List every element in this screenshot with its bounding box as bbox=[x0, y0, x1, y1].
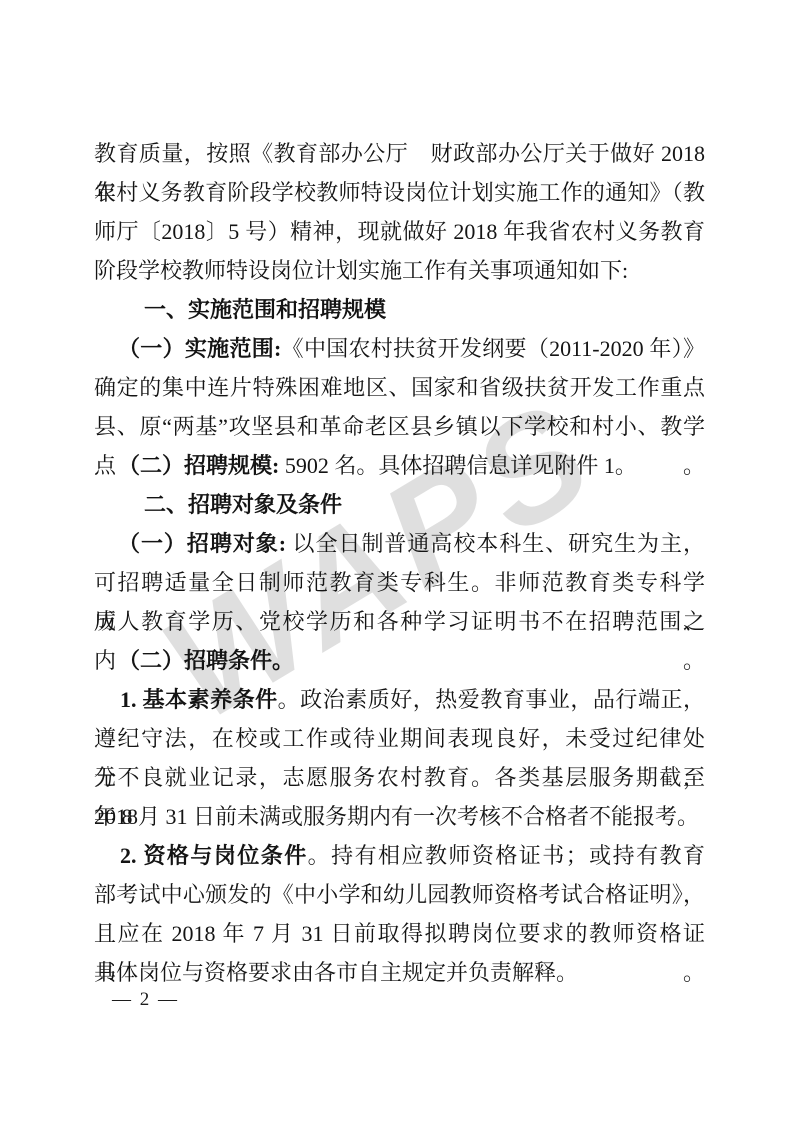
document-body: 教育质量，按照《教育部办公厅 财政部办公厅关于做好 2018 年农村义务教育阶段… bbox=[94, 134, 705, 992]
emphasis-text: （一）招聘对象: bbox=[118, 531, 286, 556]
body-text: 以全日制普通高校本科生、研究生为主， bbox=[286, 531, 705, 556]
text-line: 且应在 2018 年 7 月 31 日前取得拟聘岗位要求的教师资格证书。 bbox=[94, 914, 705, 953]
emphasis-text: （二）招聘规模: bbox=[118, 453, 279, 478]
emphasis-text: 一、实施范围和招聘规模 bbox=[144, 297, 386, 322]
text-line: 教育质量，按照《教育部办公厅 财政部办公厅关于做好 2018 年 bbox=[94, 134, 705, 173]
text-line: 确定的集中连片特殊困难地区、国家和省级扶贫开发工作重点 bbox=[94, 368, 705, 407]
body-text: 5902 名。具体招聘信息详见附件 1。 bbox=[279, 453, 637, 478]
text-line: 2. 资格与岗位条件。持有相应教师资格证书；或持有教育 bbox=[94, 836, 705, 875]
body-text: 确定的集中连片特殊困难地区、国家和省级扶贫开发工作重点 bbox=[94, 375, 705, 400]
body-text: 师厅〔2018〕5 号）精神，现就做好 2018 年我省农村义务教育 bbox=[94, 219, 705, 244]
text-line: 农村义务教育阶段学校教师特设岗位计划实施工作的通知》（教 bbox=[94, 173, 705, 212]
body-text: 部考试中心颁发的《中小学和幼儿园教师资格考试合格证明》， bbox=[94, 882, 705, 907]
text-line: 成人教育学历、党校学历和各种学习证明书不在招聘范围之内。 bbox=[94, 602, 705, 641]
text-line: 一、实施范围和招聘规模 bbox=[94, 290, 705, 329]
text-line: 师厅〔2018〕5 号）精神，现就做好 2018 年我省农村义务教育 bbox=[94, 212, 705, 251]
emphasis-text: （二）招聘条件。 bbox=[118, 648, 294, 673]
emphasis-text: 1. 基本素养条件 bbox=[120, 687, 278, 712]
body-text: 。政治素质好，热爱教育事业，品行端正， bbox=[278, 687, 705, 712]
document-page: WAPS 教育质量，按照《教育部办公厅 财政部办公厅关于做好 2018 年农村义… bbox=[0, 0, 793, 1122]
page-number: — 2 — bbox=[112, 989, 179, 1011]
text-line: （二）招聘规模: 5902 名。具体招聘信息详见附件 1。 bbox=[94, 446, 705, 485]
text-line: 可招聘适量全日制师范教育类专科生。非师范教育类专科学历、 bbox=[94, 563, 705, 602]
body-text: 年 8 月 31 日前未满或服务期内有一次考核不合格者不能报考。 bbox=[94, 804, 699, 829]
text-line: 无不良就业记录，志愿服务农村教育。各类基层服务期截至 2018 bbox=[94, 758, 705, 797]
body-text: 。持有相应教师资格证书；或持有教育 bbox=[308, 843, 705, 868]
emphasis-text: 2. 资格与岗位条件 bbox=[120, 843, 308, 868]
text-line: 遵纪守法，在校或工作或待业期间表现良好，未受过纪律处分， bbox=[94, 719, 705, 758]
emphasis-text: 二、招聘对象及条件 bbox=[144, 492, 342, 517]
emphasis-text: （一）实施范围: bbox=[118, 336, 281, 361]
text-line: 阶段学校教师特设岗位计划实施工作有关事项通知如下: bbox=[94, 251, 705, 290]
body-text: 《中国农村扶贫开发纲要（2011-2020 年）》 bbox=[281, 336, 705, 361]
text-line: 1. 基本素养条件。政治素质好，热爱教育事业，品行端正， bbox=[94, 680, 705, 719]
text-line: 二、招聘对象及条件 bbox=[94, 485, 705, 524]
text-line: （一）招聘对象: 以全日制普通高校本科生、研究生为主， bbox=[94, 524, 705, 563]
body-text: 农村义务教育阶段学校教师特设岗位计划实施工作的通知》（教 bbox=[94, 180, 705, 205]
text-line: （一）实施范围:《中国农村扶贫开发纲要（2011-2020 年）》 bbox=[94, 329, 705, 368]
body-text: 具体岗位与资格要求由各市自主规定并负责解释。 bbox=[94, 960, 578, 985]
text-line: 县、原“两基”攻坚县和革命老区县乡镇以下学校和村小、教学点。 bbox=[94, 407, 705, 446]
text-line: 部考试中心颁发的《中小学和幼儿园教师资格考试合格证明》， bbox=[94, 875, 705, 914]
body-text: 阶段学校教师特设岗位计划实施工作有关事项通知如下: bbox=[94, 258, 628, 283]
text-line: 年 8 月 31 日前未满或服务期内有一次考核不合格者不能报考。 bbox=[94, 797, 705, 836]
